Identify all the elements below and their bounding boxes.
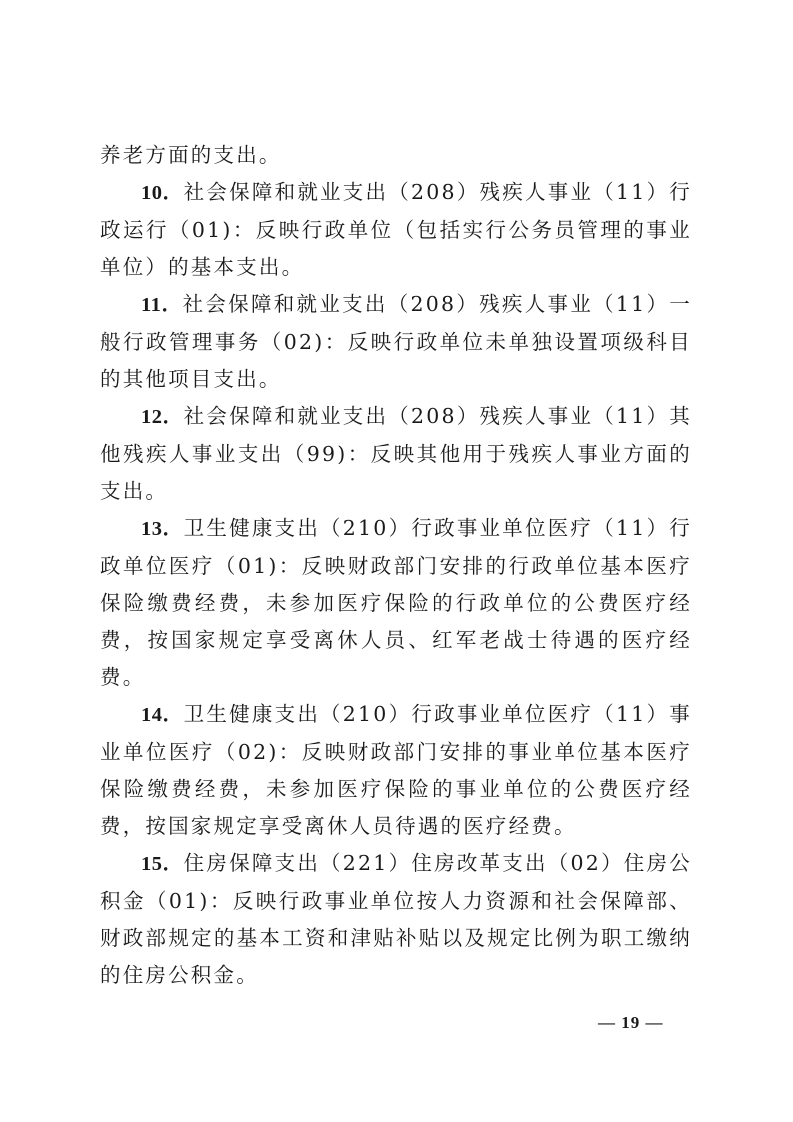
item-number: 15．: [141, 853, 184, 875]
item-13-paragraph: 13．卫生健康支出（210）行政事业单位医疗（11）行政单位医疗（01)：反映财…: [100, 510, 692, 696]
document-body: 养老方面的支出。 10．社会保障和就业支出（208）残疾人事业（11）行政运行（…: [100, 137, 692, 994]
item-text: 社会保障和就业支出（208）残疾人事业（11）行政运行（01)：反映行政单位（包…: [100, 180, 692, 279]
item-text: 住房保障支出（221）住房改革支出（02）住房公积金（01)：反映行政事业单位按…: [100, 851, 692, 987]
item-number: 13．: [141, 518, 184, 540]
item-10-paragraph: 10．社会保障和就业支出（208）残疾人事业（11）行政运行（01)：反映行政单…: [100, 174, 692, 286]
item-text: 社会保障和就业支出（208）残疾人事业（11）其他残疾人事业支出（99)：反映其…: [100, 404, 692, 503]
page-number: — 19 —: [598, 1013, 664, 1033]
item-text: 卫生健康支出（210）行政事业单位医疗（11）行政单位医疗（01)：反映财政部门…: [100, 516, 692, 689]
item-15-paragraph: 15．住房保障支出（221）住房改革支出（02）住房公积金（01)：反映行政事业…: [100, 845, 692, 994]
item-11-paragraph: 11．社会保障和就业支出（208）残疾人事业（11）一般行政管理事务（02)：反…: [100, 286, 692, 398]
item-14-paragraph: 14．卫生健康支出（210）行政事业单位医疗（11）事业单位医疗（02)：反映财…: [100, 696, 692, 845]
item-number: 11．: [141, 294, 183, 316]
item-text: 社会保障和就业支出（208）残疾人事业（11）一般行政管理事务（02)：反映行政…: [100, 292, 692, 391]
item-number: 10．: [141, 182, 184, 204]
item-number: 12．: [141, 406, 184, 428]
item-number: 14．: [141, 704, 184, 726]
continuation-paragraph: 养老方面的支出。: [100, 137, 692, 174]
item-text: 卫生健康支出（210）行政事业单位医疗（11）事业单位医疗（02)：反映财政部门…: [100, 702, 692, 838]
item-12-paragraph: 12．社会保障和就业支出（208）残疾人事业（11）其他残疾人事业支出（99)：…: [100, 398, 692, 510]
